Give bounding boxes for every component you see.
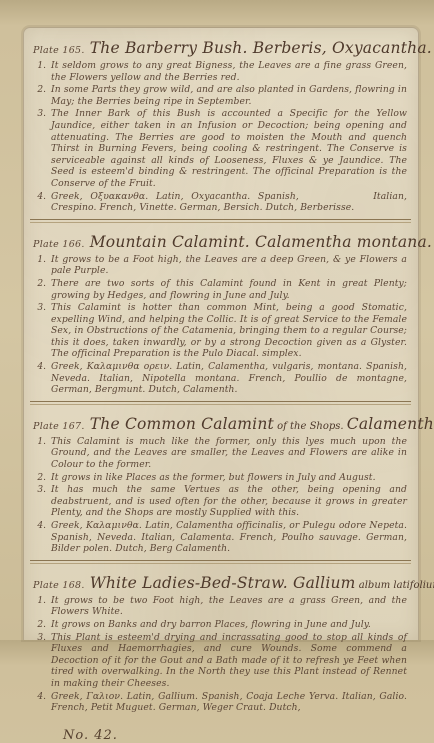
item-text: It grows to be two Foot high, the Leaves… [51, 595, 407, 618]
section-divider [30, 560, 411, 564]
entry-item: 2. It grows in like Places as the former… [33, 472, 407, 484]
item-number: 2. [33, 472, 46, 484]
entry-title-subtext: of the Shops. [274, 421, 347, 432]
item-text: It grows on Banks and dry barron Places,… [51, 619, 407, 631]
plant-entry-barberry: Plate 165.The Barberry Bush. Berberis, O… [33, 38, 407, 223]
section-divider [30, 401, 411, 405]
item-text: This Calamint is hotter than common Mint… [51, 302, 407, 360]
item-number: 1. [33, 60, 46, 83]
item-number: 4. [33, 361, 46, 396]
item-text: There are two sorts of this Calamint fou… [51, 278, 407, 301]
item-text: This Plant is esteem'd drying and incras… [51, 632, 407, 640]
item-number: 3. [33, 302, 46, 360]
manuscript-page: Plate 165.The Barberry Bush. Berberis, O… [23, 27, 419, 640]
item-text: Greek, Καλαμινθα. Latin, Calamentha offi… [51, 520, 407, 555]
entry-item: 1. It grows to be a Foot high, the Leave… [33, 254, 407, 277]
item-number: 2. [33, 84, 46, 107]
item-text: It seldom grows to any great Bigness, th… [51, 60, 407, 83]
entry-title: Plate 168.White Ladies-Bed-Straw. Galliu… [33, 573, 407, 592]
item-number: 3. [33, 484, 46, 519]
plate-label: Plate 166. [33, 239, 85, 250]
item-text: This Calamint is much like the former, o… [51, 436, 407, 471]
item-text: The Inner Bark of this Bush is accounted… [51, 108, 407, 189]
item-text: It grows in like Places as the former, b… [51, 472, 407, 484]
item-text: Greek, Οξυακανθα. Latin, Oxyacantha. Spa… [51, 191, 407, 214]
plant-entry-common-calamint: Plate 167.The Common Calamint of the Sho… [33, 414, 407, 564]
entry-item: 3. This Calamint is hotter than common M… [33, 302, 407, 360]
entry-title-text: White Ladies-Bed-Straw. Gallium [90, 574, 356, 592]
item-number: 3. [33, 108, 46, 189]
plate-label: Plate 167. [33, 421, 85, 432]
entry-title-text: Mountain Calamint. Calamentha montana. [90, 233, 432, 251]
entry-item: 1. This Calamint is much like the former… [33, 436, 407, 471]
entry-title-text: The Barberry Bush. Berberis, Oxyacantha. [90, 39, 432, 57]
item-number: 4. [33, 520, 46, 555]
entry-item: 4. Greek, Καλαμινθα ορειν. Latin, Calame… [33, 361, 407, 396]
entry-title: Plate 167.The Common Calamint of the Sho… [33, 414, 407, 433]
plate-label: Plate 168. [33, 580, 85, 591]
entry-item: 1. It seldom grows to any great Bigness,… [33, 60, 407, 83]
entry-title: Plate 166.Mountain Calamint. Calamentha … [33, 232, 407, 251]
item-number: 1. [33, 436, 46, 471]
plant-entry-ladies-bed-straw: Plate 168.White Ladies-Bed-Straw. Galliu… [33, 573, 407, 640]
item-text: Greek, Καλαμινθα ορειν. Latin, Calamenth… [51, 361, 407, 396]
entry-item: 2. In some Parts they grow wild, and are… [33, 84, 407, 107]
entry-item: 2. There are two sorts of this Calamint … [33, 278, 407, 301]
entry-item: 4. Greek, Οξυακανθα. Latin, Oxyacantha. … [33, 191, 407, 214]
item-number: 2. [33, 619, 46, 631]
plant-entry-mountain-calamint: Plate 166.Mountain Calamint. Calamentha … [33, 232, 407, 405]
item-number: 2. [33, 278, 46, 301]
entry-item: 3. The Inner Bark of this Bush is accoun… [33, 108, 407, 189]
item-number: 3. [33, 632, 46, 640]
section-divider [30, 219, 411, 223]
entry-title-text: The Common Calamint [90, 415, 274, 433]
entry-item: 3. It has much the same Vertues as the o… [33, 484, 407, 519]
item-text: In some Parts they grow wild, and are al… [51, 84, 407, 107]
item-number: 1. [33, 254, 46, 277]
item-text: It has much the same Vertues as the othe… [51, 484, 407, 519]
entry-title: Plate 165.The Barberry Bush. Berberis, O… [33, 38, 407, 57]
entry-item: 2. It grows on Banks and dry barron Plac… [33, 619, 407, 631]
entry-title-subtext: album latifolium. [356, 580, 434, 591]
item-text: It grows to be a Foot high, the Leaves a… [51, 254, 407, 277]
entry-title-text: Calamentha officinalis. [347, 415, 434, 433]
entry-item: 3. This Plant is esteem'd drying and inc… [33, 632, 407, 640]
item-number: 4. [33, 191, 46, 214]
entry-item: 1. It grows to be two Foot high, the Lea… [33, 595, 407, 618]
item-number: 1. [33, 595, 46, 618]
plate-label: Plate 165. [33, 45, 85, 56]
entry-item: 4. Greek, Καλαμινθα. Latin, Calamentha o… [33, 520, 407, 555]
